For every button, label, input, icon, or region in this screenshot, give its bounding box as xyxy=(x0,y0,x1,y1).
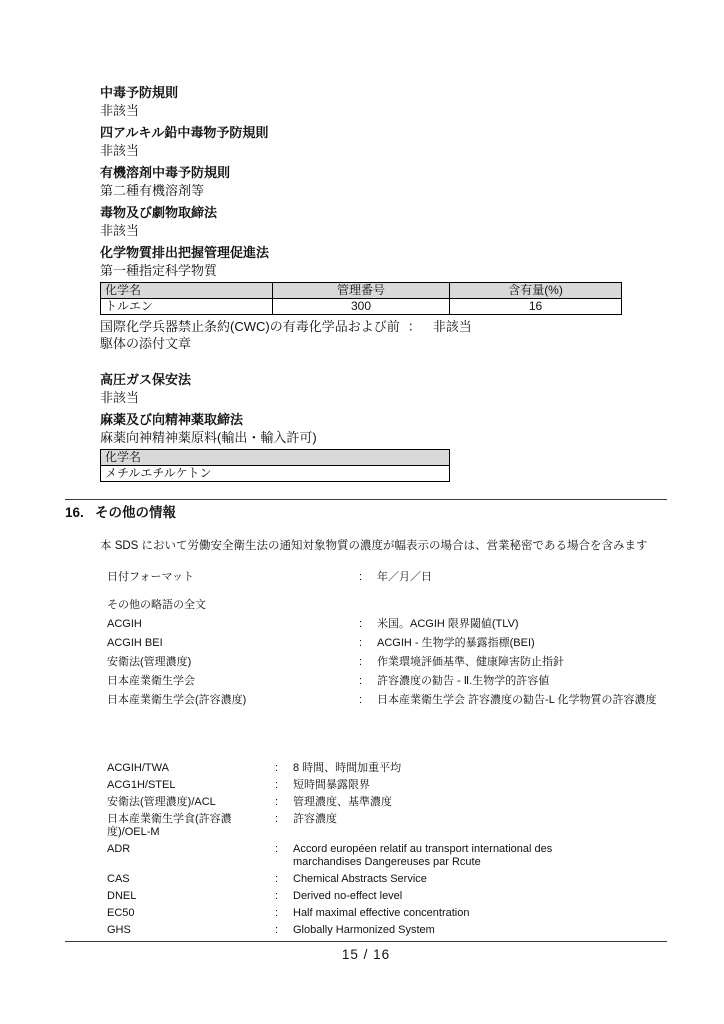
regulation-value: 非該当 xyxy=(100,389,667,407)
abbreviation-row: ADR : Accord européen relatif au transpo… xyxy=(107,843,667,869)
abbreviation-row: EC50 : Half maximal effective concentrat… xyxy=(107,907,667,920)
section16-heading: 16. その他の情報 xyxy=(65,504,667,522)
date-format-row: 日付フォーマット : 年／月／日 xyxy=(107,568,667,587)
abbreviation-group-2: ACGIH/TWA : 8 時間、時間加重平均 ACG1H/STEL : 短時間… xyxy=(65,762,667,937)
section-divider-rule xyxy=(65,499,667,500)
date-format-label: 日付フォーマット xyxy=(107,568,359,587)
abbreviation-value: Accord européen relatif au transport int… xyxy=(293,843,573,869)
abbreviation-row: ACG1H/STEL : 短時間暴露限界 xyxy=(107,779,667,792)
abbreviation-label: CAS xyxy=(107,873,275,886)
abbreviation-row: 日本産業衛生学会 : 許容濃度の勧告 - Ⅱ.生物学的許容値 xyxy=(107,672,667,691)
abbreviation-value: Half maximal effective concentration xyxy=(293,907,573,920)
abbreviation-label: GHS xyxy=(107,924,275,937)
cell-control-number: 300 xyxy=(272,299,449,315)
regulation-title: 高圧ガス保安法 xyxy=(100,371,667,389)
regulation-value: 第二種有機溶剤等 xyxy=(100,182,667,200)
table-row: メチルエチルケトン xyxy=(101,466,450,482)
cell-content-percent: 16 xyxy=(450,299,622,315)
abbreviation-row: ACGIH BEI : ACGIH - 生物学的暴露指標(BEI) xyxy=(107,634,667,653)
column-header-control-number: 管理番号 xyxy=(272,283,449,299)
abbreviation-label: DNEL xyxy=(107,890,275,903)
table-row: トルエン 300 16 xyxy=(101,299,622,315)
abbreviation-value: 日本産業衛生学会 許容濃度の勧告-L 化学物質の許容濃度 xyxy=(377,691,667,710)
cwc-colon: ： xyxy=(408,319,421,334)
colon-separator: : xyxy=(359,691,377,710)
abbreviation-label: ACGIH xyxy=(107,615,359,634)
footer-rule xyxy=(65,941,667,942)
table-header-row: 化学名 管理番号 含有量(%) xyxy=(101,283,622,299)
colon-separator: : xyxy=(275,873,293,886)
cell-chemical-name: メチルエチルケトン xyxy=(101,466,450,482)
section16-title: その他の情報 xyxy=(95,504,176,522)
abbreviation-label: ACGIH/TWA xyxy=(107,762,275,775)
abbreviation-row: ACGIH/TWA : 8 時間、時間加重平均 xyxy=(107,762,667,775)
regulation-value: 非該当 xyxy=(100,142,667,160)
regulation-value: 非該当 xyxy=(100,102,667,120)
page-number: 15 / 16 xyxy=(65,946,667,964)
abbreviation-label: 安衛法(管理濃度)/ACL xyxy=(107,796,275,809)
colon-separator: : xyxy=(359,672,377,691)
abbreviation-row: 日本産業衛生学食(許容濃度)/OEL-M : 許容濃度 xyxy=(107,813,667,839)
regulation-value: 非該当 xyxy=(100,222,667,240)
abbreviation-row: GHS : Globally Harmonized System xyxy=(107,924,667,937)
column-header-content-percent: 含有量(%) xyxy=(450,283,622,299)
prtr-chemical-table: 化学名 管理番号 含有量(%) トルエン 300 16 xyxy=(100,282,622,315)
abbreviation-row: 安衛法(管理濃度) : 作業環境評価基準、健康障害防止指針 xyxy=(107,653,667,672)
colon-separator: : xyxy=(275,924,293,937)
regulation-title: 毒物及び劇物取締法 xyxy=(100,204,667,222)
abbreviation-label: 日本産業衛生学食(許容濃度)/OEL-M xyxy=(107,813,275,839)
table-header-row: 化学名 xyxy=(101,450,450,466)
regulation-title: 四アルキル鉛中毒物予防規則 xyxy=(100,124,667,142)
narcotics-section: 麻薬及び向精神薬取締法 麻薬向神精神薬原料(輸出・輸入許可) 化学名 メチルエチ… xyxy=(100,411,667,482)
cwc-statement: 国際化学兵器禁止条約(CWC)の有毒化学品および前：非該当 xyxy=(100,318,667,335)
narcotics-chemical-table: 化学名 メチルエチルケトン xyxy=(100,449,450,482)
colon-separator: : xyxy=(275,843,293,869)
cell-chemical-name: トルエン xyxy=(101,299,273,315)
narcotics-title: 麻薬及び向精神薬取締法 xyxy=(100,411,667,429)
colon-separator: : xyxy=(275,813,293,839)
abbreviation-value: ACGIH - 生物学的暴露指標(BEI) xyxy=(377,634,667,653)
prtr-subtitle: 第一種指定科学物質 xyxy=(100,262,667,280)
abbreviation-label: ACG1H/STEL xyxy=(107,779,275,792)
abbreviation-label: 安衛法(管理濃度) xyxy=(107,653,359,672)
colon-separator: : xyxy=(275,796,293,809)
regulation-block: 有機溶剤中毒予防規則 第二種有機溶剤等 xyxy=(100,164,667,200)
cwc-label: 国際化学兵器禁止条約(CWC)の有毒化学品および前 xyxy=(100,319,400,334)
cwc-value: 非該当 xyxy=(433,319,472,334)
abbreviation-value: 許容濃度 xyxy=(293,813,573,839)
colon-separator: : xyxy=(275,907,293,920)
abbreviation-value: 米国。ACGIH 限界閾値(TLV) xyxy=(377,615,667,634)
column-header-chemical-name: 化学名 xyxy=(101,450,450,466)
prtr-section: 化学物質排出把握管理促進法 第一種指定科学物質 化学名 管理番号 含有量(%) … xyxy=(100,244,667,353)
abbreviation-row: ACGIH : 米国。ACGIH 限界閾値(TLV) xyxy=(107,615,667,634)
date-format-value: 年／月／日 xyxy=(377,568,667,587)
abbreviation-value: 作業環境評価基準、健康障害防止指針 xyxy=(377,653,667,672)
narcotics-subtitle: 麻薬向神精神薬原料(輸出・輸入許可) xyxy=(100,429,667,447)
regulation-title: 有機溶剤中毒予防規則 xyxy=(100,164,667,182)
abbreviation-value: Chemical Abstracts Service xyxy=(293,873,573,886)
colon-separator: : xyxy=(359,568,377,587)
abbreviation-row: 日本産業衛生学会(許容濃度) : 日本産業衛生学会 許容濃度の勧告-L 化学物質… xyxy=(107,691,667,710)
abbreviation-value: Globally Harmonized System xyxy=(293,924,573,937)
colon-separator: : xyxy=(359,634,377,653)
trade-secret-note: 本 SDS において労働安全衛生法の通知対象物質の濃度が幅表示の場合は、営業秘密… xyxy=(100,538,667,554)
abbreviation-value: 管理濃度、基準濃度 xyxy=(293,796,573,809)
abbreviation-row: 安衛法(管理濃度)/ACL : 管理濃度、基準濃度 xyxy=(107,796,667,809)
sds-document-page: 中毒予防規則 非該当 四アルキル鉛中毒物予防規則 非該当 有機溶剤中毒予防規則 … xyxy=(0,0,724,1024)
regulation-title: 中毒予防規則 xyxy=(100,84,667,102)
abbreviation-value: 許容濃度の勧告 - Ⅱ.生物学的許容値 xyxy=(377,672,667,691)
cwc-label-line2: 駆体の添付文章 xyxy=(100,335,667,353)
abbreviation-row: CAS : Chemical Abstracts Service xyxy=(107,873,667,886)
colon-separator: : xyxy=(359,615,377,634)
colon-separator: : xyxy=(275,779,293,792)
section16-number: 16. xyxy=(65,504,95,522)
abbreviations-heading: その他の略語の全文 xyxy=(107,596,667,615)
colon-separator: : xyxy=(275,762,293,775)
abbreviation-label: 日本産業衛生学会(許容濃度) xyxy=(107,691,359,710)
abbreviation-value: Derived no-effect level xyxy=(293,890,573,903)
high-pressure-gas-block: 高圧ガス保安法 非該当 xyxy=(100,371,667,407)
prtr-title: 化学物質排出把握管理促進法 xyxy=(100,244,667,262)
regulation-block: 四アルキル鉛中毒物予防規則 非該当 xyxy=(100,124,667,160)
abbreviation-row: DNEL : Derived no-effect level xyxy=(107,890,667,903)
regulation-block: 毒物及び劇物取締法 非該当 xyxy=(100,204,667,240)
abbreviation-label: EC50 xyxy=(107,907,275,920)
column-header-chemical-name: 化学名 xyxy=(101,283,273,299)
colon-separator: : xyxy=(359,653,377,672)
regulation-block: 中毒予防規則 非該当 xyxy=(100,84,667,120)
abbreviation-value: 8 時間、時間加重平均 xyxy=(293,762,573,775)
abbreviation-label: ACGIH BEI xyxy=(107,634,359,653)
abbreviation-label: 日本産業衛生学会 xyxy=(107,672,359,691)
page-content: 中毒予防規則 非該当 四アルキル鉛中毒物予防規則 非該当 有機溶剤中毒予防規則 … xyxy=(65,84,667,964)
abbreviation-value: 短時間暴露限界 xyxy=(293,779,573,792)
colon-separator: : xyxy=(275,890,293,903)
abbreviation-label: ADR xyxy=(107,843,275,869)
